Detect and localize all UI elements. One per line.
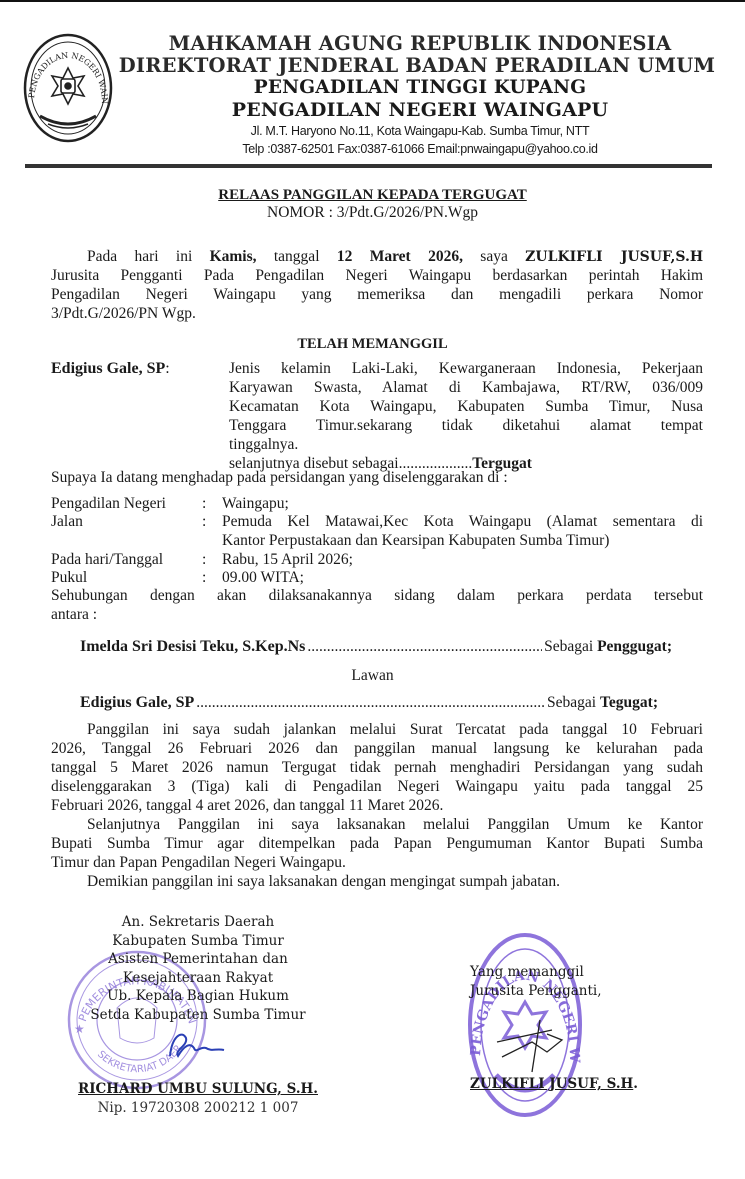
versus-label: Lawan: [0, 666, 745, 685]
signature-block-left: An. Sekretaris Daerah Kabupaten Sumba Ti…: [70, 913, 326, 1117]
defendant-dots: ........................................…: [196, 693, 545, 712]
plaintiff-name: Imelda Sri Desisi Teku, S.Kep.Ns: [80, 637, 305, 656]
sig-left-line-1: An. Sekretaris Daerah: [70, 913, 326, 932]
narrative-line: Timur dan Papan Pengadilan Negeri Wainga…: [51, 853, 703, 872]
page-top-border: [0, 0, 745, 2]
called-heading: TELAH MEMANGGIL: [0, 335, 745, 354]
relation-line-1: Sehubungan dengan akan dilaksanakannya s…: [51, 586, 703, 605]
hearing-time-colon: :: [202, 568, 206, 587]
narrative-line: tanggal 5 Maret 2026 namun Tergugat tida…: [51, 758, 703, 777]
hearing-street-value-2: Kantor Perpustakaan dan Kearsipan Kabupa…: [222, 531, 703, 550]
narrative-line: Februari 2026, tanggal 4 aret 2026, dan …: [51, 796, 703, 815]
hearing-street-colon: :: [202, 512, 206, 531]
sig-right-line-1: Yang memanggil: [470, 963, 670, 982]
narrative-line: Bupati Sumba Timur agar ditempelkan pada…: [51, 834, 703, 853]
narrative-line: Demikian panggilan ini saya laksanakan d…: [51, 872, 703, 891]
hearing-court-colon: :: [202, 494, 206, 513]
letterhead-supreme-court: MAHKAMAH AGUNG REPUBLIK INDONESIA: [120, 32, 720, 55]
defendant-role: Tegugat;: [600, 693, 658, 712]
letterhead-district-court: PENGADILAN NEGERI WAINGAPU: [120, 99, 720, 121]
defendant-row: Edigius Gale, SP .......................…: [80, 693, 658, 712]
hearing-date-value: Rabu, 15 April 2026;: [222, 550, 703, 569]
sig-left-line-2: Kabupaten Sumba Timur: [70, 932, 326, 951]
defendant-desc-rest: Karyawan Swasta, Alamat di Kambajawa, RT…: [229, 378, 703, 473]
hearing-time-value: 09.00 WITA;: [222, 568, 703, 587]
opening-line-4: 3/Pdt.G/2026/PN Wgp.: [51, 304, 703, 323]
sig-left-line-5: Ub. Kepala Bagian Hukum: [70, 987, 326, 1006]
sig-right-name: ZULKIFLI JUSUF, S.H: [470, 1076, 633, 1092]
defendant-party-name: Edigius Gale, SP: [80, 693, 194, 712]
letterhead-contact: Telp :0387-62501 Fax:0387-61066 Email:pn…: [120, 142, 720, 156]
defendant-desc-line-1: Jenis kelamin Laki-Laki, Kewarganeraan I…: [229, 359, 703, 378]
narrative-line: diselenggarakan 3 (Tiga) kali di Pengadi…: [51, 777, 703, 796]
hearing-court-label: Pengadilan Negeri: [51, 494, 166, 513]
hearing-court-value: Waingapu;: [222, 494, 703, 513]
hearing-time-label: Pukul: [51, 568, 87, 587]
letterhead-address: Jl. M.T. Haryono No.11, Kota Waingapu-Ka…: [120, 124, 720, 138]
letterhead-directorate: DIREKTORAT JENDERAL BADAN PERADILAN UMUM: [112, 54, 722, 77]
hearing-street-value: Pemuda Kel Matawai,Kec Kota Waingapu (Al…: [222, 512, 703, 531]
narrative-line: Selanjutnya Panggilan ini saya laksanaka…: [51, 815, 703, 834]
plaintiff-as: Sebagai: [544, 637, 593, 656]
defendant-name: Edigius Gale, SP:: [51, 359, 170, 378]
relation-line-2: antara :: [51, 605, 97, 624]
signature-block-right: Yang memanggil Jurusita Pengganti, ZULKI…: [470, 963, 670, 1094]
sig-left-name: RICHARD UMBU SULUNG, S.H.: [70, 1080, 326, 1099]
hearing-date-colon: :: [202, 550, 206, 569]
opening-paragraph: Pada hari ini Kamis, tanggal 12 Maret 20…: [51, 247, 703, 323]
plaintiff-role: Penggugat;: [597, 637, 672, 656]
letterhead-high-court: PENGADILAN TINGGI KUPANG: [120, 77, 720, 98]
summons-intro: Supaya Ia datang menghadap pada persidan…: [51, 468, 508, 487]
opening-line-2: Jurusita Pengganti Pada Pengadilan Neger…: [51, 266, 703, 285]
defendant-as: Sebagai: [547, 693, 596, 712]
plaintiff-row: Imelda Sri Desisi Teku, S.Kep.Ns .......…: [80, 637, 672, 656]
hearing-street-label: Jalan: [51, 512, 83, 531]
sig-left-nip: Nip. 19720308 200212 1 007: [70, 1099, 326, 1118]
opening-line-3: Pengadilan Negeri Waingapu yang memeriks…: [51, 285, 703, 304]
court-emblem-icon: PENGADILAN NEGERI WAINGAPU: [22, 32, 114, 144]
officer-name: ZULKIFLI JUSUF,S.H: [525, 249, 703, 265]
sig-left-line-6: Setda Kabupaten Sumba Timur: [70, 1006, 326, 1025]
plaintiff-dots: ........................................…: [307, 637, 542, 656]
sig-left-line-3: Asisten Pemerintahan dan: [70, 950, 326, 969]
letterhead-divider: [25, 164, 712, 168]
sig-right-line-2: Jurusita Pengganti,: [470, 982, 670, 1001]
narrative-line: 2026, Tanggal 26 Februari 2026 dan pangg…: [51, 739, 703, 758]
sig-left-line-4: Kesejahteraan Rakyat: [70, 969, 326, 988]
document-number: NOMOR : 3/Pdt.G/2026/PN.Wgp: [0, 203, 745, 222]
narrative-line: Panggilan ini saya sudah jalankan melalu…: [51, 720, 703, 739]
hearing-date-label: Pada hari/Tanggal: [51, 550, 163, 569]
opening-line-1: Pada hari ini Kamis, tanggal 12 Maret 20…: [51, 247, 703, 266]
narrative-paragraph: Panggilan ini saya sudah jalankan melalu…: [51, 720, 703, 891]
